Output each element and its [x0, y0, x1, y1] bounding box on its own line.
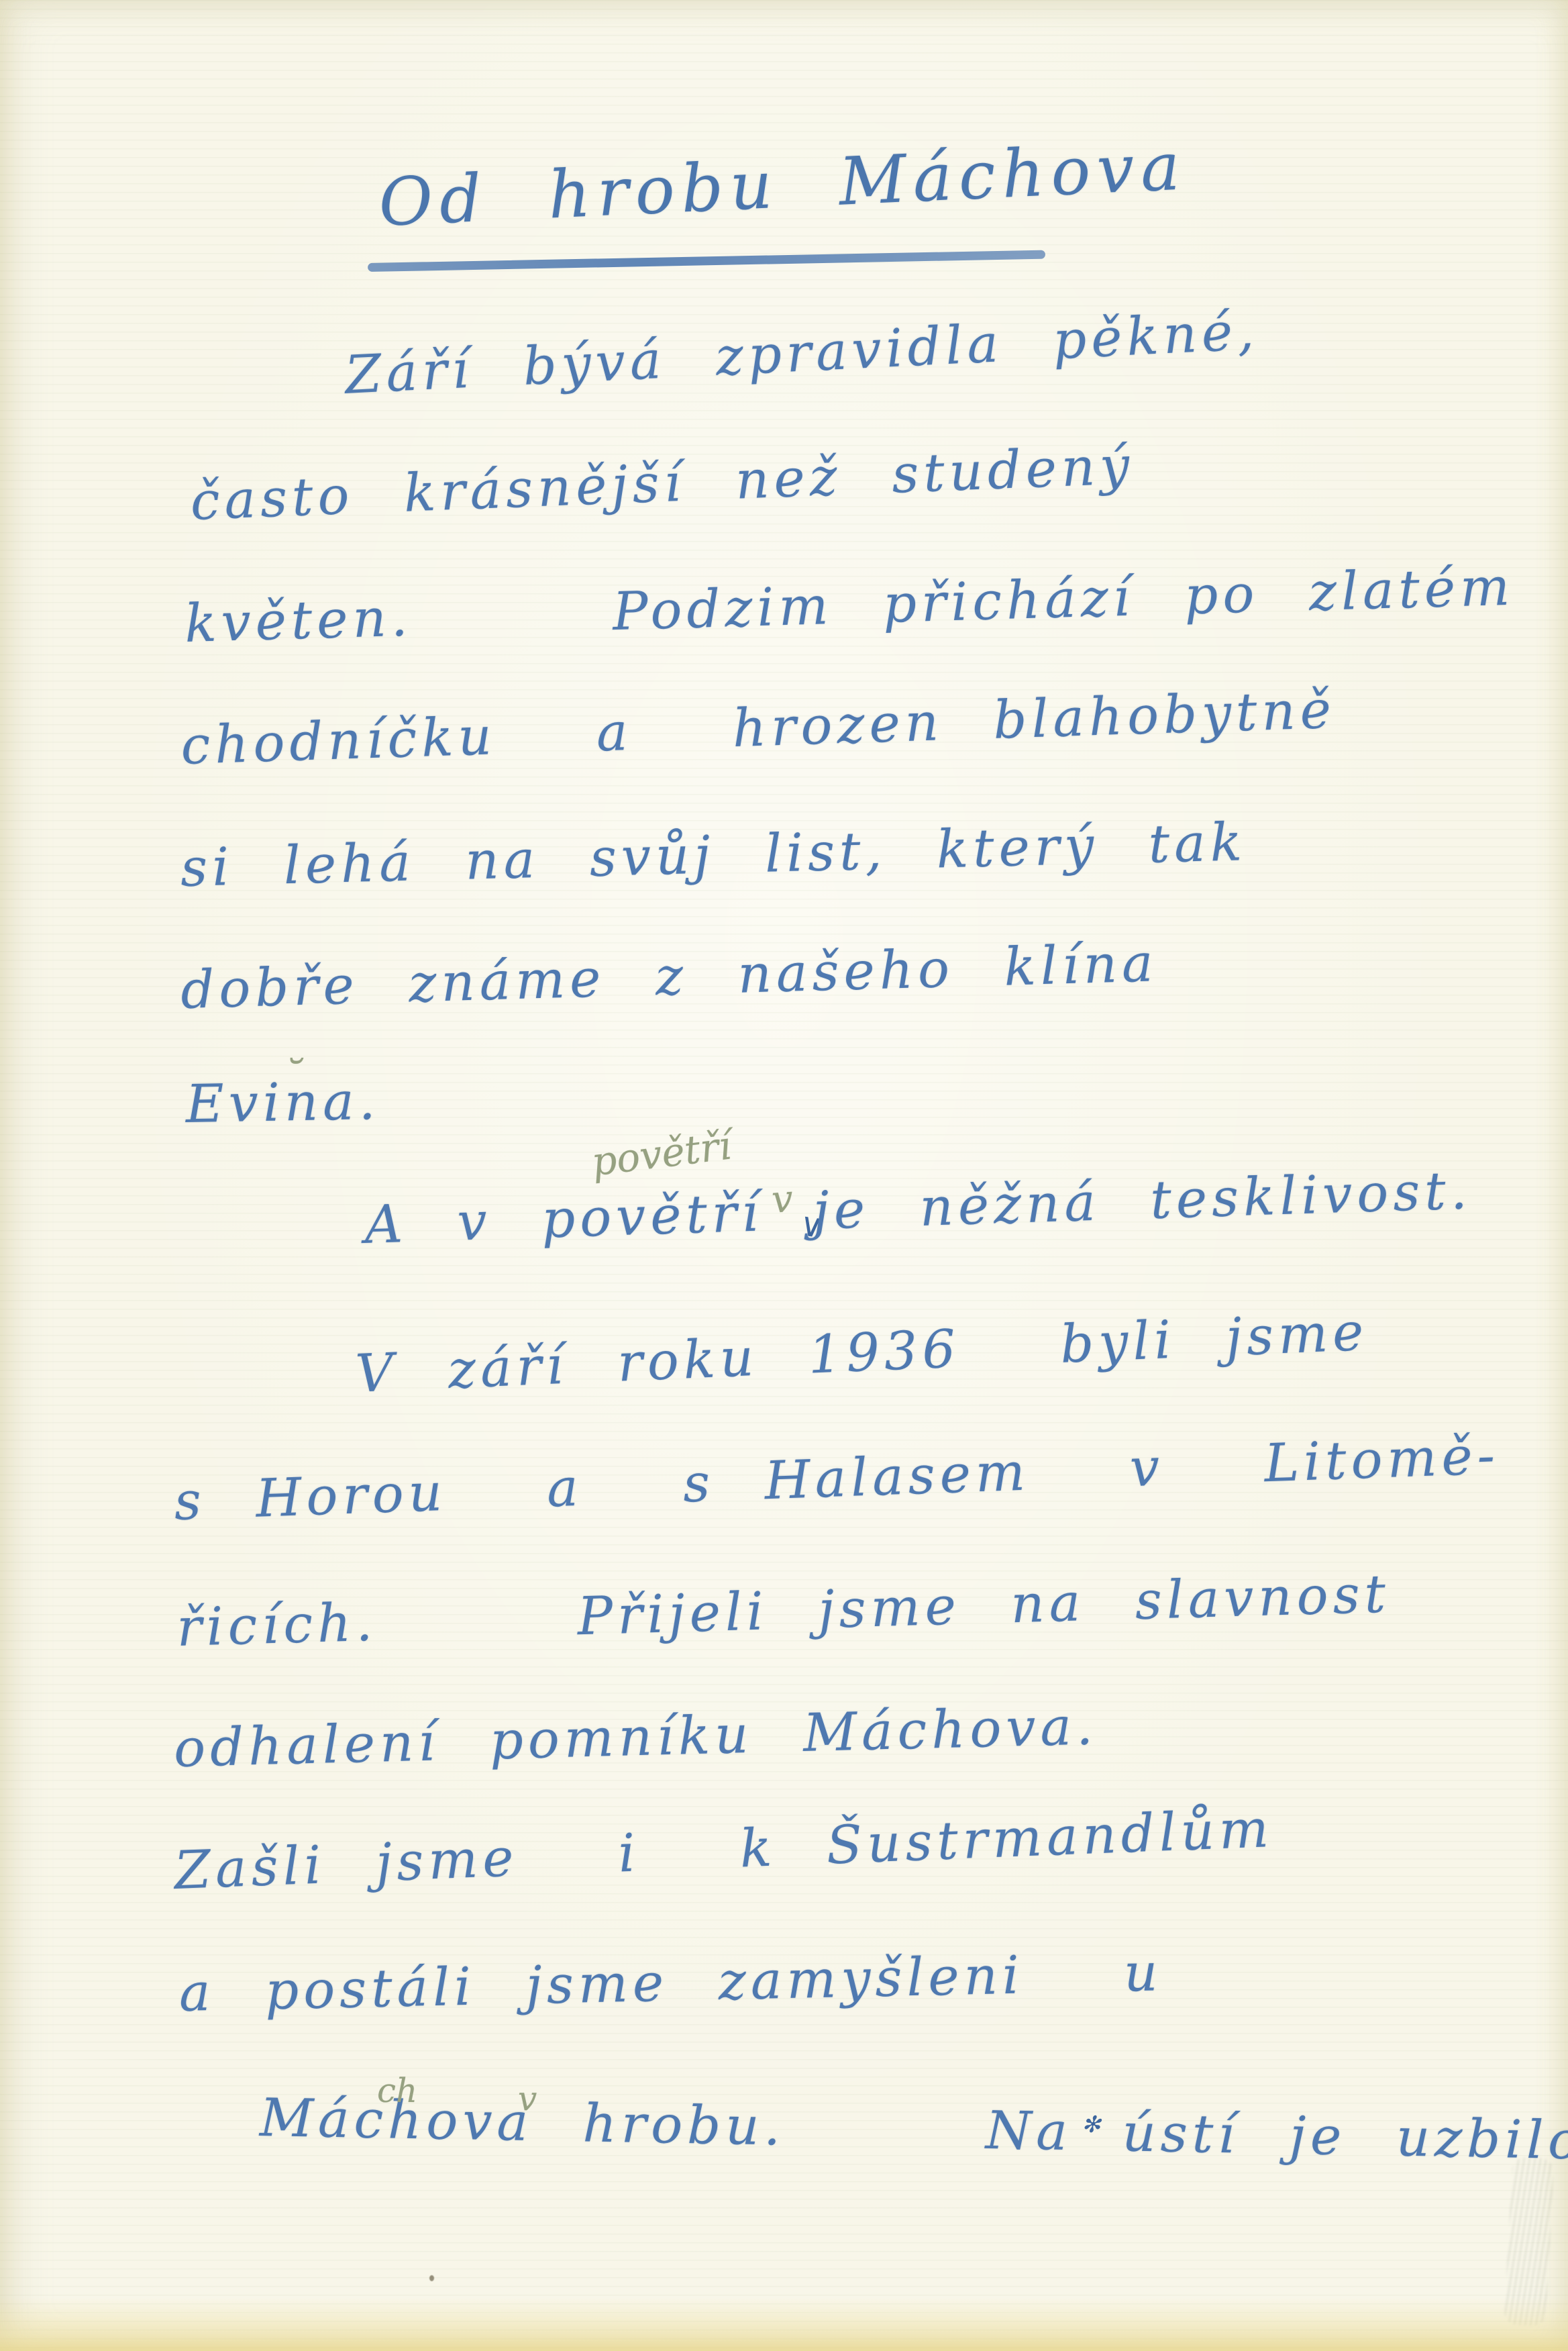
paper-bottom-edge	[0, 2297, 1568, 2351]
title-underline	[368, 250, 1045, 272]
handwritten-line-p1-5: si lehá na svůj list, který tak	[180, 810, 1247, 901]
handwritten-line-p3-3: řicích. Přijeli jsme na slavnost	[176, 1562, 1391, 1661]
pencil-mark-ch: ch	[377, 2071, 417, 2110]
document-title: Od hrobu Máchova	[377, 126, 1188, 244]
manuscript-page: Od hrobu Máchova Září bývá zpravidla pěk…	[0, 0, 1568, 2351]
handwritten-line-p3-4: odhalení pomníku Máchova.	[173, 1694, 1098, 1782]
handwritten-line-p1-6: dobře známe z našeho klína	[180, 931, 1159, 1023]
handwritten-line-p2: A v povětří je něžná tesklivost.	[364, 1158, 1473, 1258]
handwritten-line-p3-6: a postáli jsme zamyšleni u	[178, 1940, 1163, 2026]
handwritten-line-p3-7: Máchova hrobu. Na ústí je uzbilome	[259, 2086, 1568, 2176]
ink-asterisk-mark: ✻	[1082, 2111, 1101, 2138]
handwritten-line-p3-1: V září roku 1936 byli jsme	[354, 1300, 1369, 1408]
handwritten-line-p3-5: Zašli jsme i k Šustrmandlům	[173, 1797, 1275, 1904]
paper-speck	[429, 2275, 434, 2281]
pencil-annotation-povetri: povětří	[589, 1123, 733, 1185]
handwritten-line-p3-2: s Horou a s Halasem v Litomě-	[173, 1423, 1501, 1535]
handwritten-line-p1-1: Září bývá zpravidla pěkné,	[344, 299, 1260, 409]
handwritten-line-p1-2: často krásnější než studený	[189, 434, 1135, 535]
pencil-mark-v: v	[518, 2079, 537, 2118]
handwritten-line-p1-4: chodníčku a hrozen blahobytně	[180, 678, 1337, 780]
handwritten-line-p1-3: květen. Podzim přichází po zlatém	[184, 555, 1515, 658]
pencil-breve-mark: ˘	[282, 1052, 303, 1102]
